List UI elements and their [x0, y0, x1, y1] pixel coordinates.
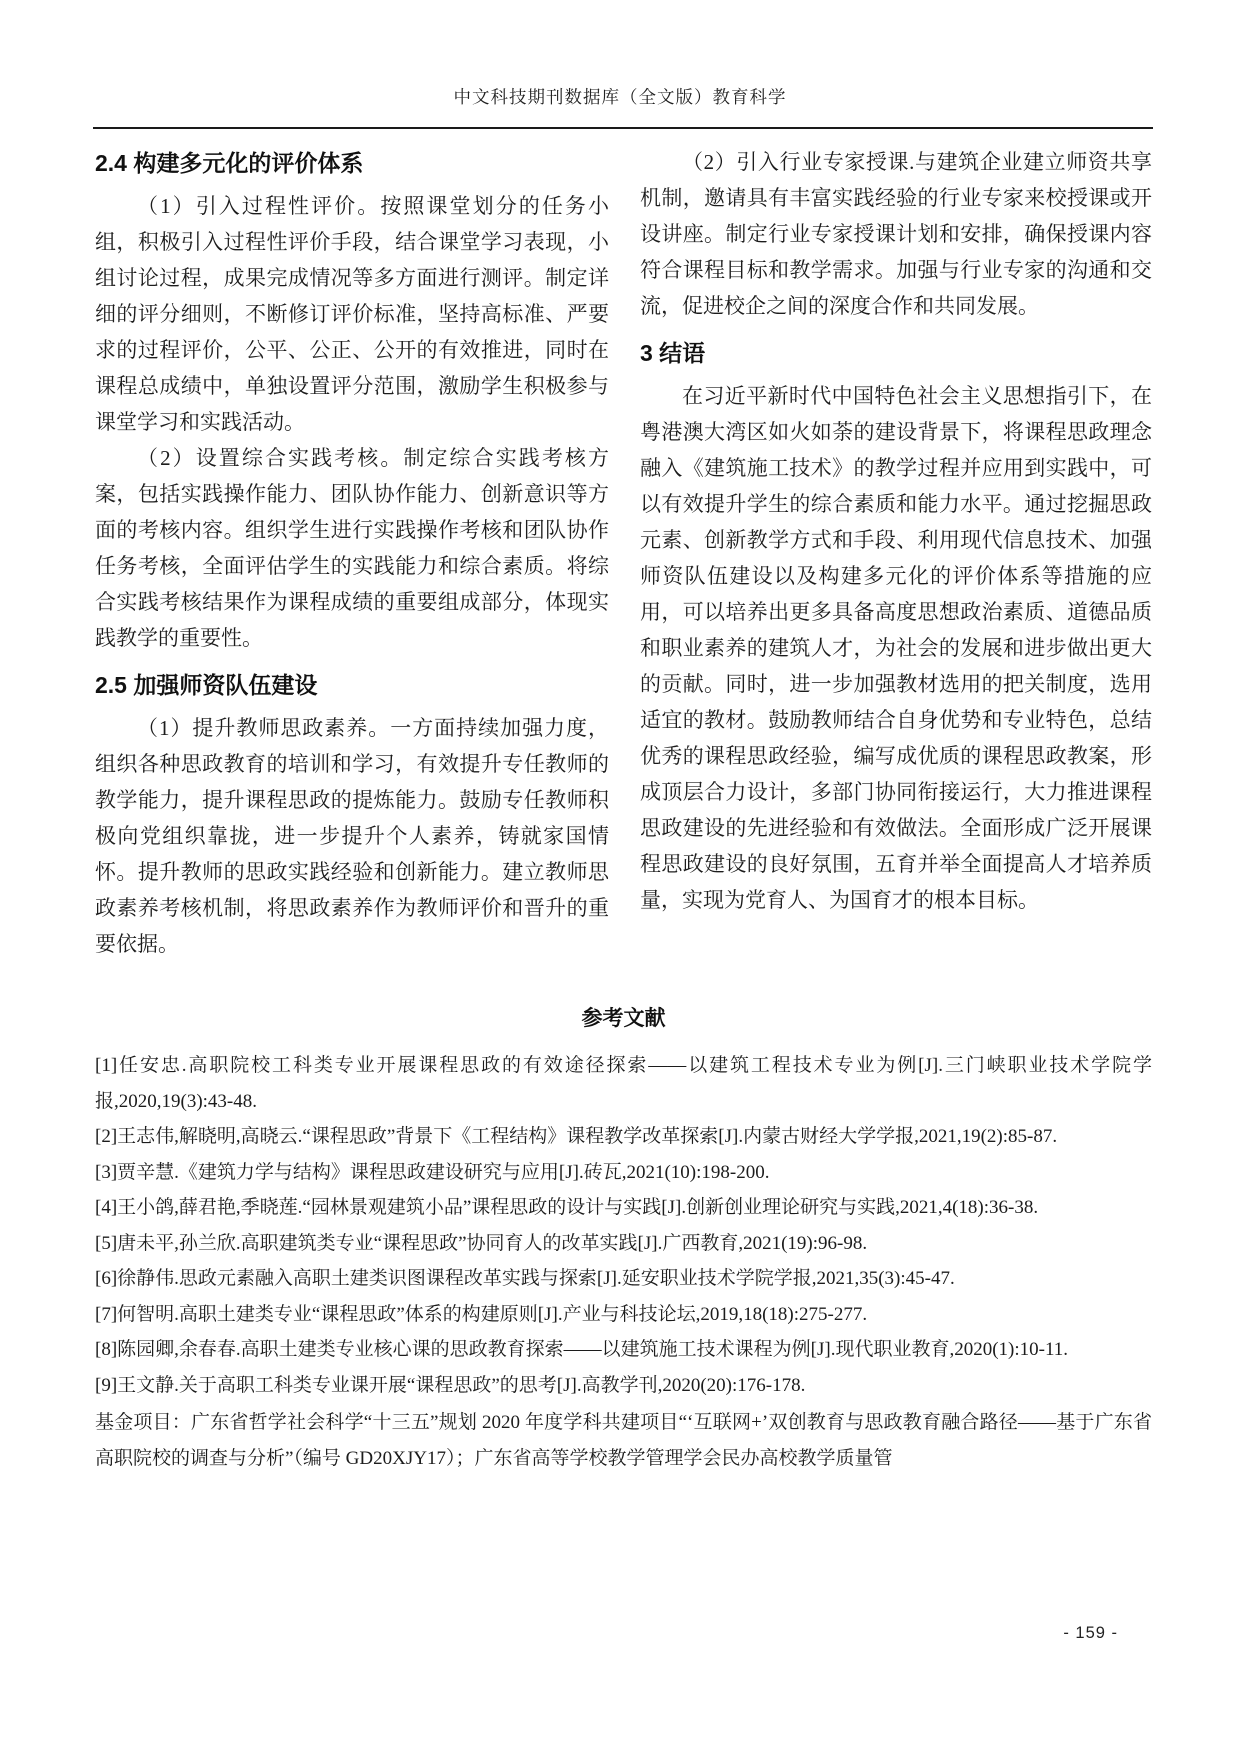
- funding-note: 基金项目：广东省哲学社会科学“十三五”规划 2020 年度学科共建项目“‘互联网…: [95, 1405, 1152, 1476]
- page-number: - 159 -: [1063, 1624, 1118, 1643]
- reference-item: [9]王文静.关于高职工科类专业课开展“课程思政”的思考[J].高教学刊,202…: [95, 1368, 1152, 1404]
- journal-header-title: 中文科技期刊数据库（全文版）教育科学: [0, 84, 1240, 109]
- two-column-body: 2.4 构建多元化的评价体系 （1）引入过程性评价。按照课堂划分的任务小组，积极…: [95, 144, 1152, 962]
- section-heading-3: 3 结语: [640, 336, 1152, 370]
- reference-item: [7]何智明.高职土建类专业“课程思政”体系的构建原则[J].产业与科技论坛,2…: [95, 1297, 1152, 1333]
- header-rule: [93, 127, 1153, 129]
- left-column: 2.4 构建多元化的评价体系 （1）引入过程性评价。按照课堂划分的任务小组，积极…: [95, 144, 609, 962]
- reference-item: [2]王志伟,解晓明,高晓云.“课程思政”背景下《工程结构》课程教学改革探索[J…: [95, 1119, 1152, 1155]
- paper-page: 中文科技期刊数据库（全文版）教育科学 2.4 构建多元化的评价体系 （1）引入过…: [0, 0, 1240, 1753]
- reference-item: [5]唐未平,孙兰欣.高职建筑类专业“课程思政”协同育人的改革实践[J].广西教…: [95, 1226, 1152, 1262]
- paragraph-process-evaluation: （1）引入过程性评价。按照课堂划分的任务小组，积极引入过程性评价手段，结合课堂学…: [95, 188, 609, 440]
- reference-item: [8]陈园卿,余春春.高职土建类专业核心课的思政教育探索——以建筑施工技术课程为…: [95, 1332, 1152, 1368]
- references-heading: 参考文献: [95, 1002, 1152, 1032]
- reference-item: [4]王小鸽,薛君艳,季晓莲.“园林景观建筑小品”课程思政的设计与实践[J].创…: [95, 1190, 1152, 1226]
- section-heading-2-5: 2.5 加强师资队伍建设: [95, 668, 609, 702]
- paragraph-conclusion: 在习近平新时代中国特色社会主义思想指引下，在粤港澳大湾区如火如荼的建设背景下，将…: [640, 378, 1152, 918]
- paragraph-teacher-quality: （1）提升教师思政素养。一方面持续加强力度，组织各种思政教育的培训和学习，有效提…: [95, 710, 609, 962]
- reference-item: [1]任安忠.高职院校工科类专业开展课程思政的有效途径探索——以建筑工程技术专业…: [95, 1048, 1152, 1119]
- reference-item: [3]贾辛慧.《建筑力学与结构》课程思政建设研究与应用[J].砖瓦,2021(1…: [95, 1155, 1152, 1191]
- reference-item: [6]徐静伟.思政元素融入高职土建类识图课程改革实践与探索[J].延安职业技术学…: [95, 1261, 1152, 1297]
- right-column: （2）引入行业专家授课.与建筑企业建立师资共享机制，邀请具有丰富实践经验的行业专…: [640, 144, 1152, 962]
- paragraph-industry-experts: （2）引入行业专家授课.与建筑企业建立师资共享机制，邀请具有丰富实践经验的行业专…: [640, 144, 1152, 324]
- references-section: 参考文献 [1]任安忠.高职院校工科类专业开展课程思政的有效途径探索——以建筑工…: [95, 1002, 1152, 1476]
- paragraph-comprehensive-assessment: （2）设置综合实践考核。制定综合实践考核方案，包括实践操作能力、团队协作能力、创…: [95, 440, 609, 656]
- section-heading-2-4: 2.4 构建多元化的评价体系: [95, 146, 609, 180]
